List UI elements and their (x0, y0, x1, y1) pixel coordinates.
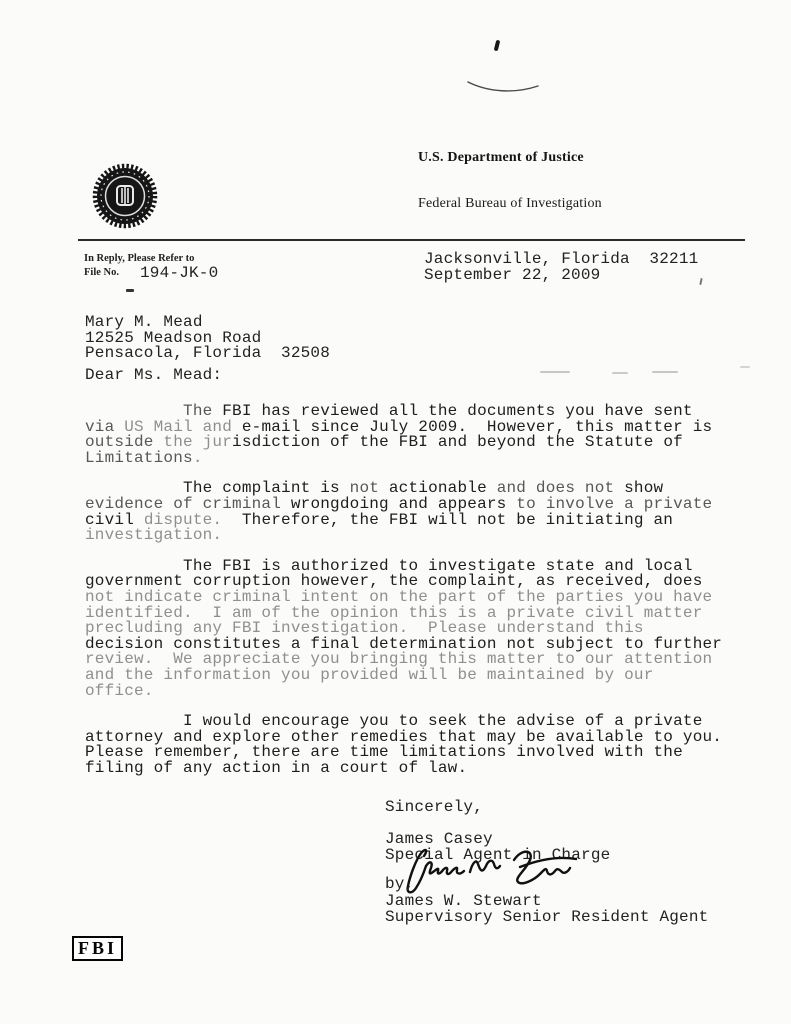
header-divider (78, 239, 745, 241)
bureau-title: Federal Bureau of Investigation (418, 196, 602, 212)
scan-artifact (699, 278, 702, 285)
body-line: office. (85, 684, 745, 700)
paragraph: I would encourage you to seek the advise… (85, 714, 745, 776)
scan-artifact (652, 371, 678, 373)
paragraph: The FBI has reviewed all the documents y… (85, 404, 745, 466)
paragraph: The FBI is authorized to investigate sta… (85, 559, 745, 699)
body-line: and the information you provided will be… (85, 668, 745, 684)
letter-body: The FBI has reviewed all the documents y… (85, 404, 745, 791)
delegate-title: Supervisory Senior Resident Agent (385, 910, 708, 926)
address-line: Pensacola, Florida 32508 (85, 346, 330, 362)
text-segment: Limitations (85, 449, 193, 467)
scanned-letter-page: U.S. Department of Justice Federal Burea… (0, 0, 791, 1024)
text-segment: and the information you provided will be… (85, 666, 654, 684)
handwritten-signature (402, 842, 580, 896)
body-line: filing of any action in a court of law. (85, 761, 745, 777)
text-segment: isdiction of the FBI and beyond the Stat… (232, 433, 683, 451)
file-label: File No. (84, 267, 119, 278)
text-segment: Therefore, the FBI will not be initiatin… (222, 511, 673, 529)
scan-artifact (540, 371, 570, 373)
by-label: by, (385, 877, 414, 893)
closing-sincerely: Sincerely, (385, 800, 483, 816)
scan-artifact (612, 372, 628, 374)
body-line: Limitations. (85, 451, 745, 467)
recipient-address: Mary M. Mead12525 Meadson RoadPensacola,… (85, 315, 330, 362)
text-segment: . (193, 449, 203, 467)
dept-title: U.S. Department of Justice (418, 150, 584, 166)
scan-artifact (126, 289, 134, 292)
scan-artifact (494, 40, 501, 52)
text-segment: investigation. (85, 526, 222, 544)
salutation: Dear Ms. Mead: (85, 368, 222, 384)
fbi-seal-icon (92, 163, 158, 229)
fbi-stamp: FBI (72, 936, 123, 961)
date-line: September 22, 2009 (424, 268, 600, 284)
scan-artifact (740, 366, 750, 368)
scan-artifact (466, 76, 540, 96)
body-line: investigation. (85, 528, 745, 544)
text-segment: office. (85, 682, 154, 700)
refer-label: In Reply, Please Refer to (84, 253, 194, 264)
text-segment: filing of any action in a court of law. (85, 759, 467, 777)
paragraph: The complaint is not actionable and does… (85, 481, 745, 543)
file-number: 194-JK-0 (140, 266, 218, 282)
